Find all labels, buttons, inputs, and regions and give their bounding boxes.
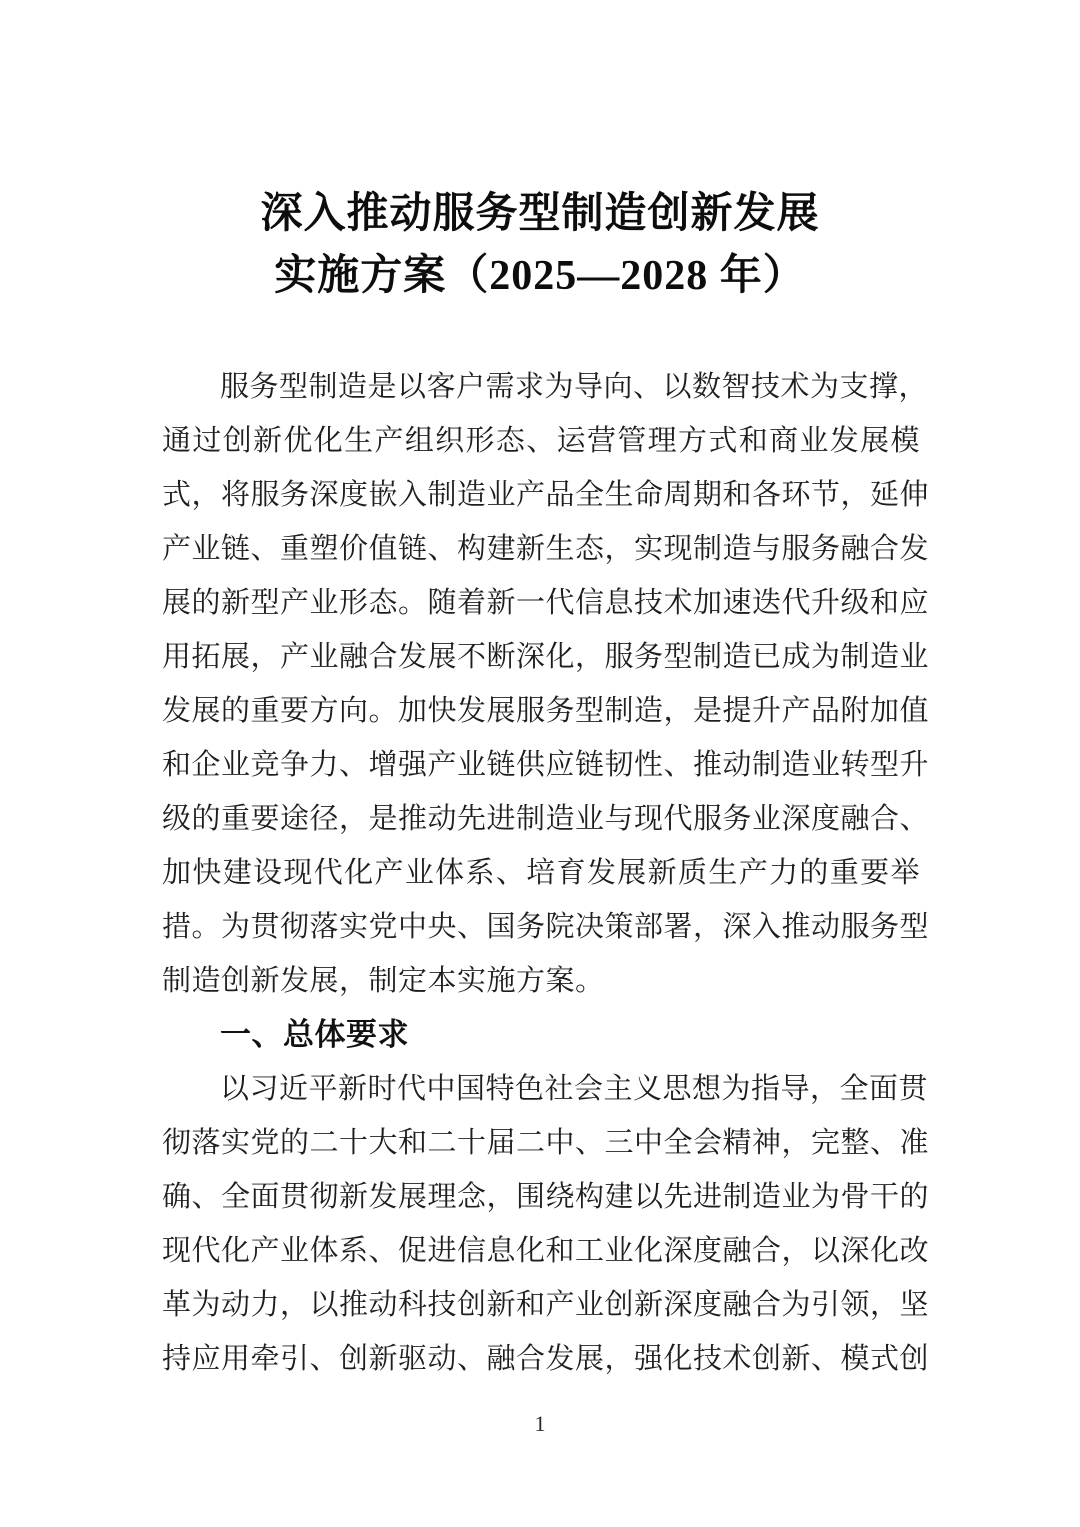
document-title-line-1: 深入推动服务型制造创新发展 [0, 183, 1080, 245]
paragraph-3-line-2: 彻落实党的二十大和二十届二中、三中全会精神，完整、准 [162, 1116, 920, 1170]
paragraph-1-line-4: 产业链、重塑价值链、构建新生态，实现制造与服务融合发 [162, 522, 920, 576]
paragraph-1-line-12: 制造创新发展，制定本实施方案。 [162, 954, 920, 1008]
document-page: 深入推动服务型制造创新发展 实施方案（2025—2028 年） 服务型制造是以客… [0, 0, 1080, 1527]
paragraph-1-line-2: 通过创新优化生产组织形态、运营管理方式和商业发展模 [162, 414, 920, 468]
paragraph-3-line-5: 革为动力，以推动科技创新和产业创新深度融合为引领，坚 [162, 1278, 920, 1332]
paragraph-3-line-4: 现代化产业体系、促进信息化和工业化深度融合，以深化改 [162, 1224, 920, 1278]
section-heading: 一、总体要求 [162, 1008, 920, 1062]
document-title-line-2: 实施方案（2025—2028 年） [0, 245, 1080, 307]
paragraph-1-line-1: 服务型制造是以客户需求为导向、以数智技术为支撑， [162, 360, 920, 414]
paragraph-1-line-7: 发展的重要方向。加快发展服务型制造，是提升产品附加值 [162, 684, 920, 738]
paragraph-3-line-6: 持应用牵引、创新驱动、融合发展，强化技术创新、模式创 [162, 1332, 920, 1386]
document-body: 服务型制造是以客户需求为导向、以数智技术为支撑，通过创新优化生产组织形态、运营管… [162, 360, 920, 1386]
paragraph-1-line-3: 式，将服务深度嵌入制造业产品全生命周期和各环节，延伸 [162, 468, 920, 522]
paragraph-1-line-5: 展的新型产业形态。随着新一代信息技术加速迭代升级和应 [162, 576, 920, 630]
paragraph-1-line-11: 措。为贯彻落实党中央、国务院决策部署，深入推动服务型 [162, 900, 920, 954]
page-number: 1 [0, 1406, 1080, 1442]
paragraph-1-line-9: 级的重要途径，是推动先进制造业与现代服务业深度融合、 [162, 792, 920, 846]
paragraph-3-line-3: 确、全面贯彻新发展理念，围绕构建以先进制造业为骨干的 [162, 1170, 920, 1224]
paragraph-3-line-1: 以习近平新时代中国特色社会主义思想为指导，全面贯 [162, 1062, 920, 1116]
paragraph-1-line-10: 加快建设现代化产业体系、培育发展新质生产力的重要举 [162, 846, 920, 900]
paragraph-1-line-6: 用拓展，产业融合发展不断深化，服务型制造已成为制造业 [162, 630, 920, 684]
document-title: 深入推动服务型制造创新发展 实施方案（2025—2028 年） [0, 183, 1080, 307]
paragraph-1-line-8: 和企业竞争力、增强产业链供应链韧性、推动制造业转型升 [162, 738, 920, 792]
